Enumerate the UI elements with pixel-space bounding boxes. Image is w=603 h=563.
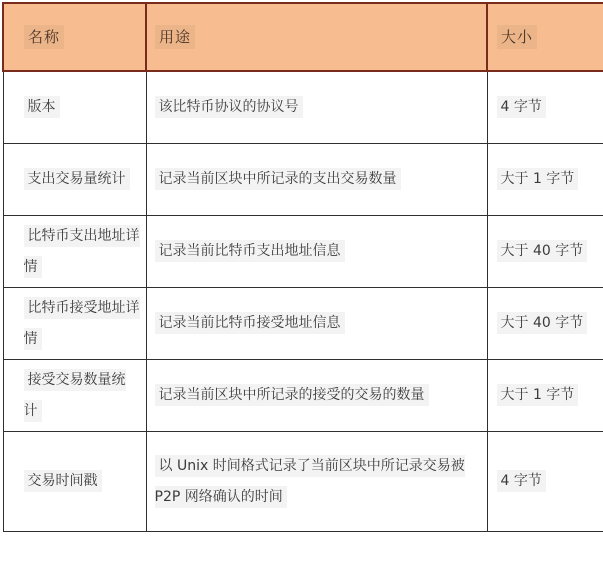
- header-name-label: 名称: [24, 25, 64, 49]
- header-size-label: 大小: [497, 25, 537, 49]
- header-cell-size: 大小: [487, 3, 603, 71]
- cell-name-text: 接受交易数量统计: [24, 369, 126, 422]
- cell-name: 版本: [3, 71, 146, 144]
- cell-size-text: 大于 40 字节: [497, 240, 588, 262]
- cell-name: 比特币接受地址详情: [3, 288, 146, 360]
- cell-purpose: 该比特币协议的协议号: [146, 71, 487, 144]
- table-row: 接受交易数量统计记录当前区块中所记录的接受的交易的数量大于 1 字节: [3, 360, 603, 432]
- cell-purpose-text: 记录当前比特币接受地址信息: [155, 312, 345, 334]
- table-row: 比特币接受地址详情记录当前比特币接受地址信息大于 40 字节: [3, 288, 603, 360]
- cell-purpose: 记录当前区块中所记录的接受的交易的数量: [146, 360, 487, 432]
- header-cell-name: 名称: [3, 3, 146, 71]
- cell-size: 大于 40 字节: [487, 288, 603, 360]
- bitcoin-block-fields-table: 名称 用途 大小 版本该比特币协议的协议号4 字节支出交易量统计记录当前区块中所…: [2, 2, 603, 532]
- cell-purpose-text: 记录当前区块中所记录的接受的交易的数量: [155, 384, 429, 406]
- cell-purpose-text: 该比特币协议的协议号: [155, 96, 303, 118]
- cell-size-text: 大于 1 字节: [497, 168, 579, 190]
- cell-purpose-text: 记录当前区块中所记录的支出交易数量: [155, 168, 401, 190]
- cell-name-text: 比特币接受地址详情: [24, 297, 140, 350]
- table-row: 版本该比特币协议的协议号4 字节: [3, 71, 603, 144]
- cell-purpose: 记录当前区块中所记录的支出交易数量: [146, 144, 487, 216]
- cell-size: 大于 1 字节: [487, 144, 603, 216]
- table-row: 交易时间戳以 Unix 时间格式记录了当前区块中所记录交易被 P2P 网络确认的…: [3, 432, 603, 532]
- cell-size: 4 字节: [487, 432, 603, 532]
- cell-purpose: 以 Unix 时间格式记录了当前区块中所记录交易被 P2P 网络确认的时间: [146, 432, 487, 532]
- cell-name-text: 交易时间戳: [24, 470, 102, 492]
- cell-name-text: 比特币支出地址详情: [24, 225, 140, 278]
- cell-size-text: 4 字节: [497, 96, 546, 118]
- cell-size-text: 4 字节: [497, 470, 546, 492]
- block-fields-table-figure: 名称 用途 大小 版本该比特币协议的协议号4 字节支出交易量统计记录当前区块中所…: [0, 0, 603, 563]
- cell-purpose: 记录当前比特币支出地址信息: [146, 216, 487, 288]
- cell-name: 接受交易数量统计: [3, 360, 146, 432]
- table-row: 支出交易量统计记录当前区块中所记录的支出交易数量大于 1 字节: [3, 144, 603, 216]
- cell-name-text: 版本: [24, 96, 60, 118]
- cell-size-text: 大于 40 字节: [497, 312, 588, 334]
- cell-size: 大于 40 字节: [487, 216, 603, 288]
- cell-size: 大于 1 字节: [487, 360, 603, 432]
- cell-name: 比特币支出地址详情: [3, 216, 146, 288]
- cell-purpose-text: 以 Unix 时间格式记录了当前区块中所记录交易被 P2P 网络确认的时间: [155, 455, 465, 508]
- cell-name-text: 支出交易量统计: [24, 168, 130, 190]
- header-purpose-label: 用途: [155, 25, 195, 49]
- cell-size-text: 大于 1 字节: [497, 384, 579, 406]
- table-row: 比特币支出地址详情记录当前比特币支出地址信息大于 40 字节: [3, 216, 603, 288]
- cell-purpose-text: 记录当前比特币支出地址信息: [155, 240, 345, 262]
- cell-purpose: 记录当前比特币接受地址信息: [146, 288, 487, 360]
- cell-size: 4 字节: [487, 71, 603, 144]
- cell-name: 交易时间戳: [3, 432, 146, 532]
- cell-name: 支出交易量统计: [3, 144, 146, 216]
- header-row: 名称 用途 大小: [3, 3, 603, 71]
- header-cell-purpose: 用途: [146, 3, 487, 71]
